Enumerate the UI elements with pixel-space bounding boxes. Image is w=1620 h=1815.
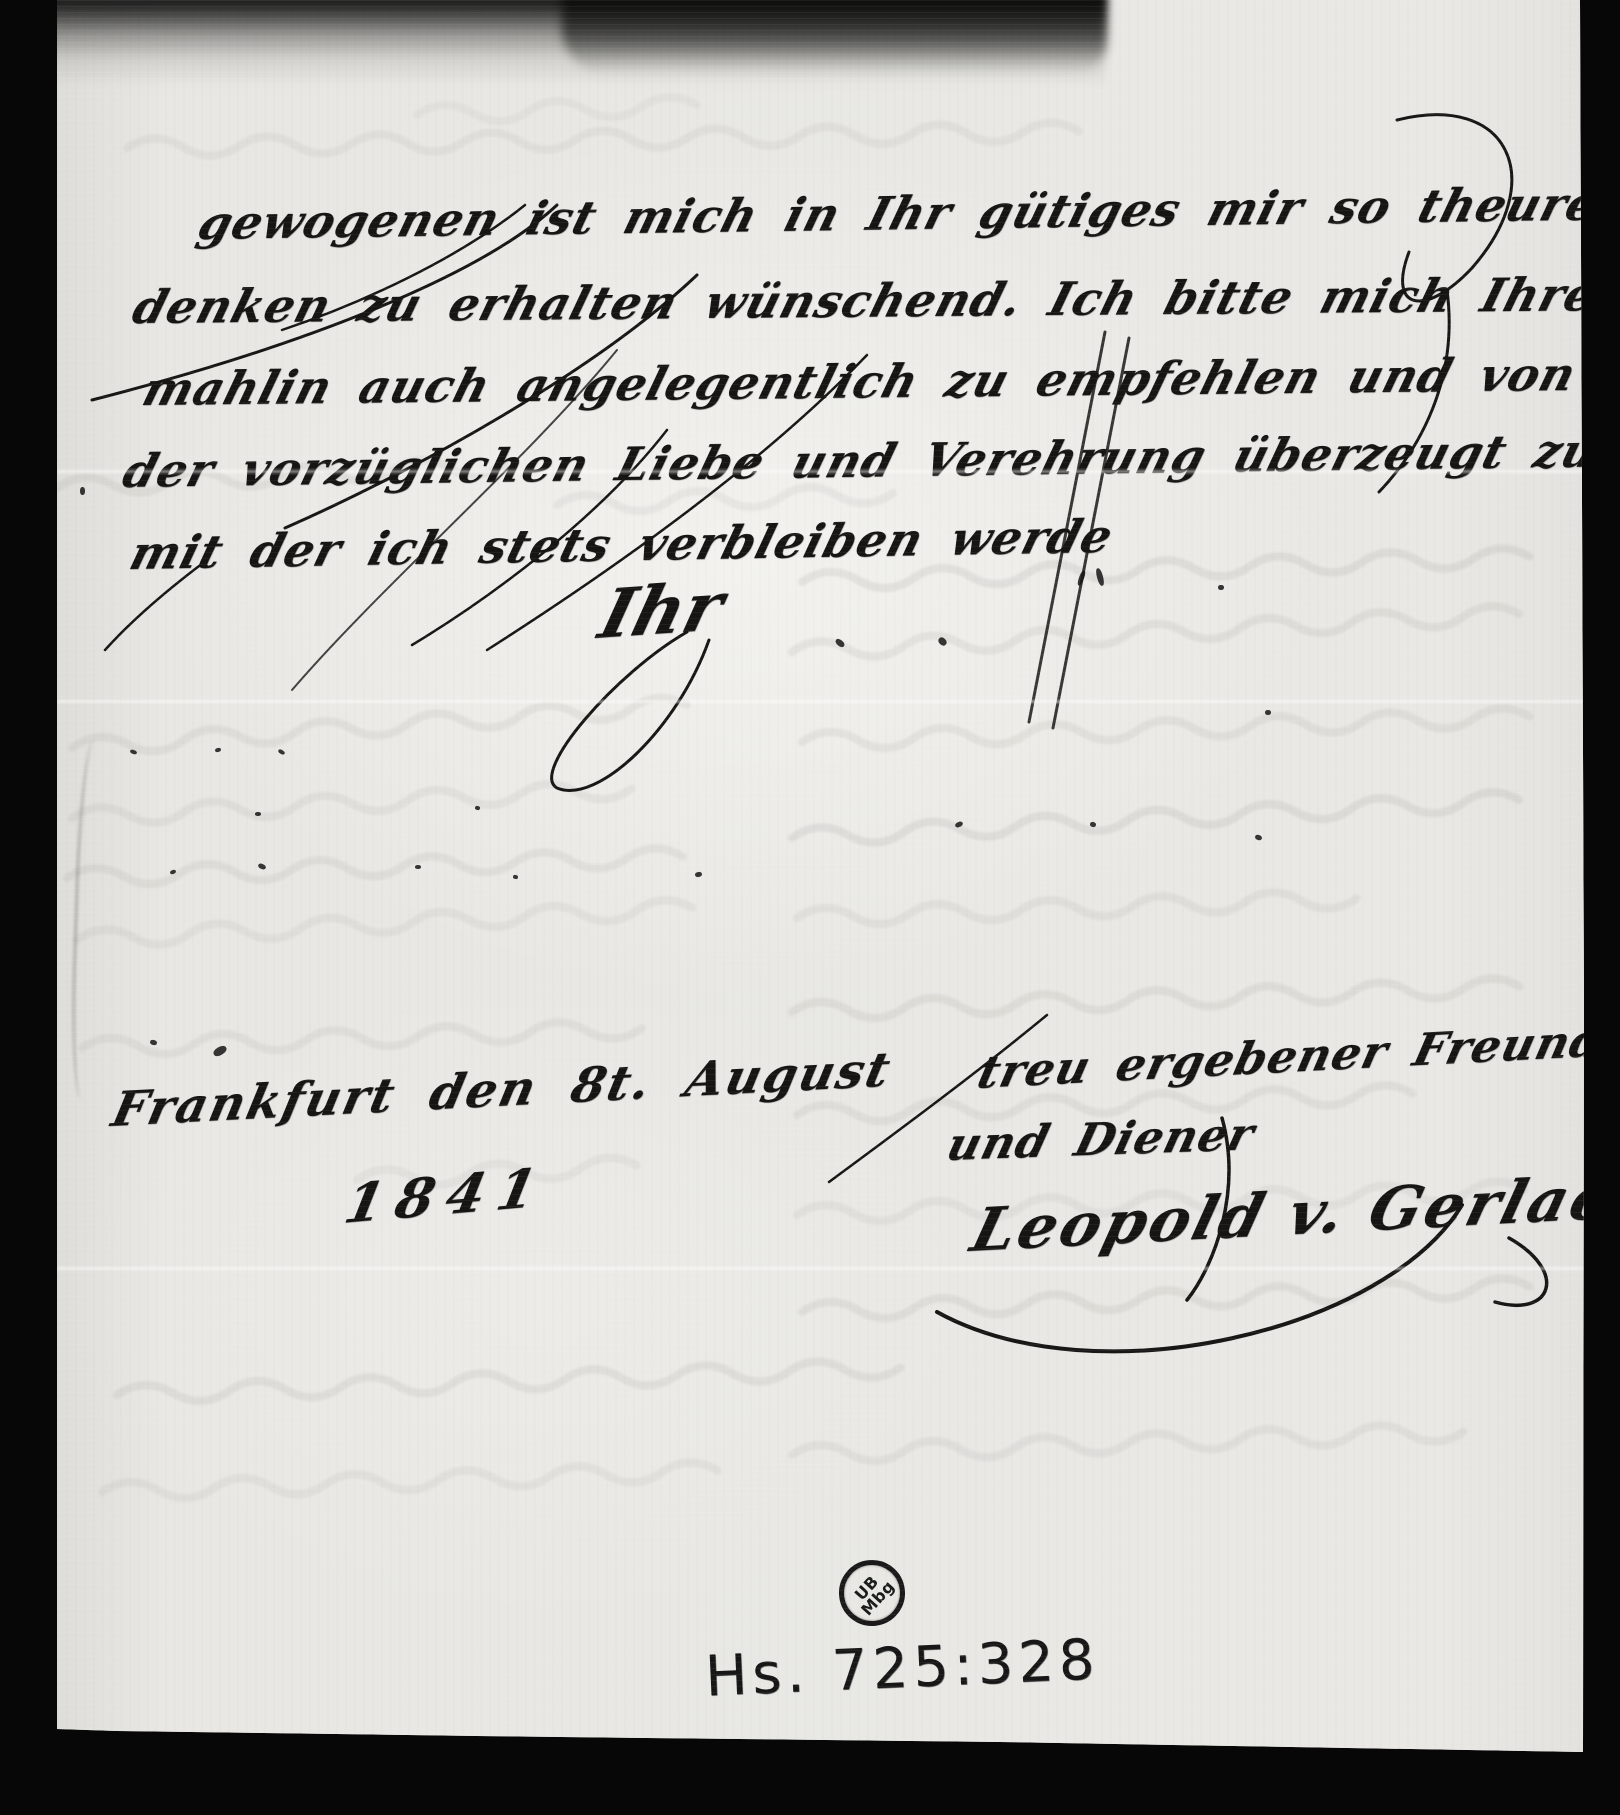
- ink-speck: [415, 865, 421, 869]
- ink-speck: [1095, 568, 1105, 587]
- ink-flourish: [552, 632, 709, 790]
- ink-speck: [212, 1044, 228, 1058]
- ink-speck: [954, 821, 963, 829]
- ink-flourish: [1495, 1238, 1547, 1305]
- ink-speck: [1265, 710, 1271, 715]
- ink-speck: [149, 1039, 157, 1046]
- ink-speck: [130, 749, 138, 755]
- ink-speck: [834, 637, 846, 648]
- ink-speck: [277, 749, 285, 756]
- bleedthrough-line: [102, 1462, 718, 1501]
- bleedthrough-line: [792, 605, 1520, 661]
- bleedthrough-line: [82, 1019, 642, 1057]
- ink-flourishes-layer: [57, 0, 1584, 1760]
- shelfmark: Hs. 725:328: [704, 1627, 1101, 1709]
- bleedthrough-line: [802, 1278, 1530, 1321]
- paper-crease: [69, 740, 114, 1101]
- ink-speck: [1076, 570, 1086, 587]
- scan-top-shadow-blob: [562, 0, 1107, 74]
- bleedthrough-line: [71, 696, 687, 757]
- ink-speck: [695, 871, 703, 877]
- ink-speck: [1218, 585, 1224, 590]
- bleedthrough-line: [77, 899, 693, 949]
- ink-speck: [215, 747, 222, 752]
- scan-streak: [57, 700, 1584, 703]
- letter-closing-line-1: treu ergebener Freund: [973, 1014, 1610, 1099]
- ink-speck: [513, 875, 519, 880]
- ink-speck: [937, 636, 948, 647]
- bleedthrough-line: [792, 791, 1520, 847]
- bleedthrough-line: [797, 889, 1357, 927]
- bleedthrough-line: [67, 848, 683, 887]
- ink-speck: [1090, 822, 1097, 828]
- bleedthrough-line: [127, 122, 1079, 157]
- ink-speck: [257, 863, 266, 871]
- bleedthrough-line: [792, 978, 1520, 1021]
- letter-dateline-place: Frankfurt den 8t. August: [107, 1042, 897, 1138]
- scanned-letter-page: gewogenen ist mich in Ihr gütiges mir so…: [0, 0, 1620, 1815]
- ink-speck: [1254, 834, 1262, 841]
- ink-speck: [475, 805, 481, 810]
- letter-line-4: der vorzüglichen Liebe und Verehrung übe…: [117, 422, 1620, 498]
- scanline-texture: [57, 0, 1584, 1760]
- letter-paper: gewogenen ist mich in Ihr gütiges mir so…: [57, 0, 1584, 1760]
- scan-streak: [57, 1267, 1584, 1270]
- bleedthrough-line: [792, 1423, 1464, 1464]
- library-stamp: UB Mbg: [836, 1557, 909, 1630]
- ink-speck: [255, 812, 261, 816]
- letter-line-5: mit der ich stets verbleiben werde: [124, 509, 1119, 580]
- letter-dateline-year: 1841: [339, 1155, 554, 1236]
- bleedthrough-layer: [57, 0, 1584, 1760]
- letter-closing-line-2: und Diener: [942, 1107, 1261, 1171]
- bleedthrough-line: [72, 780, 632, 827]
- ink-speck: [169, 869, 176, 875]
- letter-signature: Leopold v. Gerlach: [964, 1161, 1620, 1266]
- letter-salutation: Ihr: [592, 567, 732, 655]
- letter-line-3: mahlin auch angelegentlich zu empfehlen …: [137, 347, 1582, 416]
- bleedthrough-line: [417, 96, 697, 124]
- bleedthrough-line: [117, 1359, 901, 1404]
- library-stamp-text: UB Mbg: [847, 1568, 896, 1618]
- letter-line-1: gewogenen ist mich in Ihr gütiges mir so…: [192, 175, 1620, 250]
- bleedthrough-line: [802, 708, 1530, 751]
- letter-line-2: denken zu erhalten wünschend. Ich bitte …: [127, 265, 1620, 334]
- ink-speck: [80, 487, 85, 495]
- scan-streak: [57, 470, 1584, 473]
